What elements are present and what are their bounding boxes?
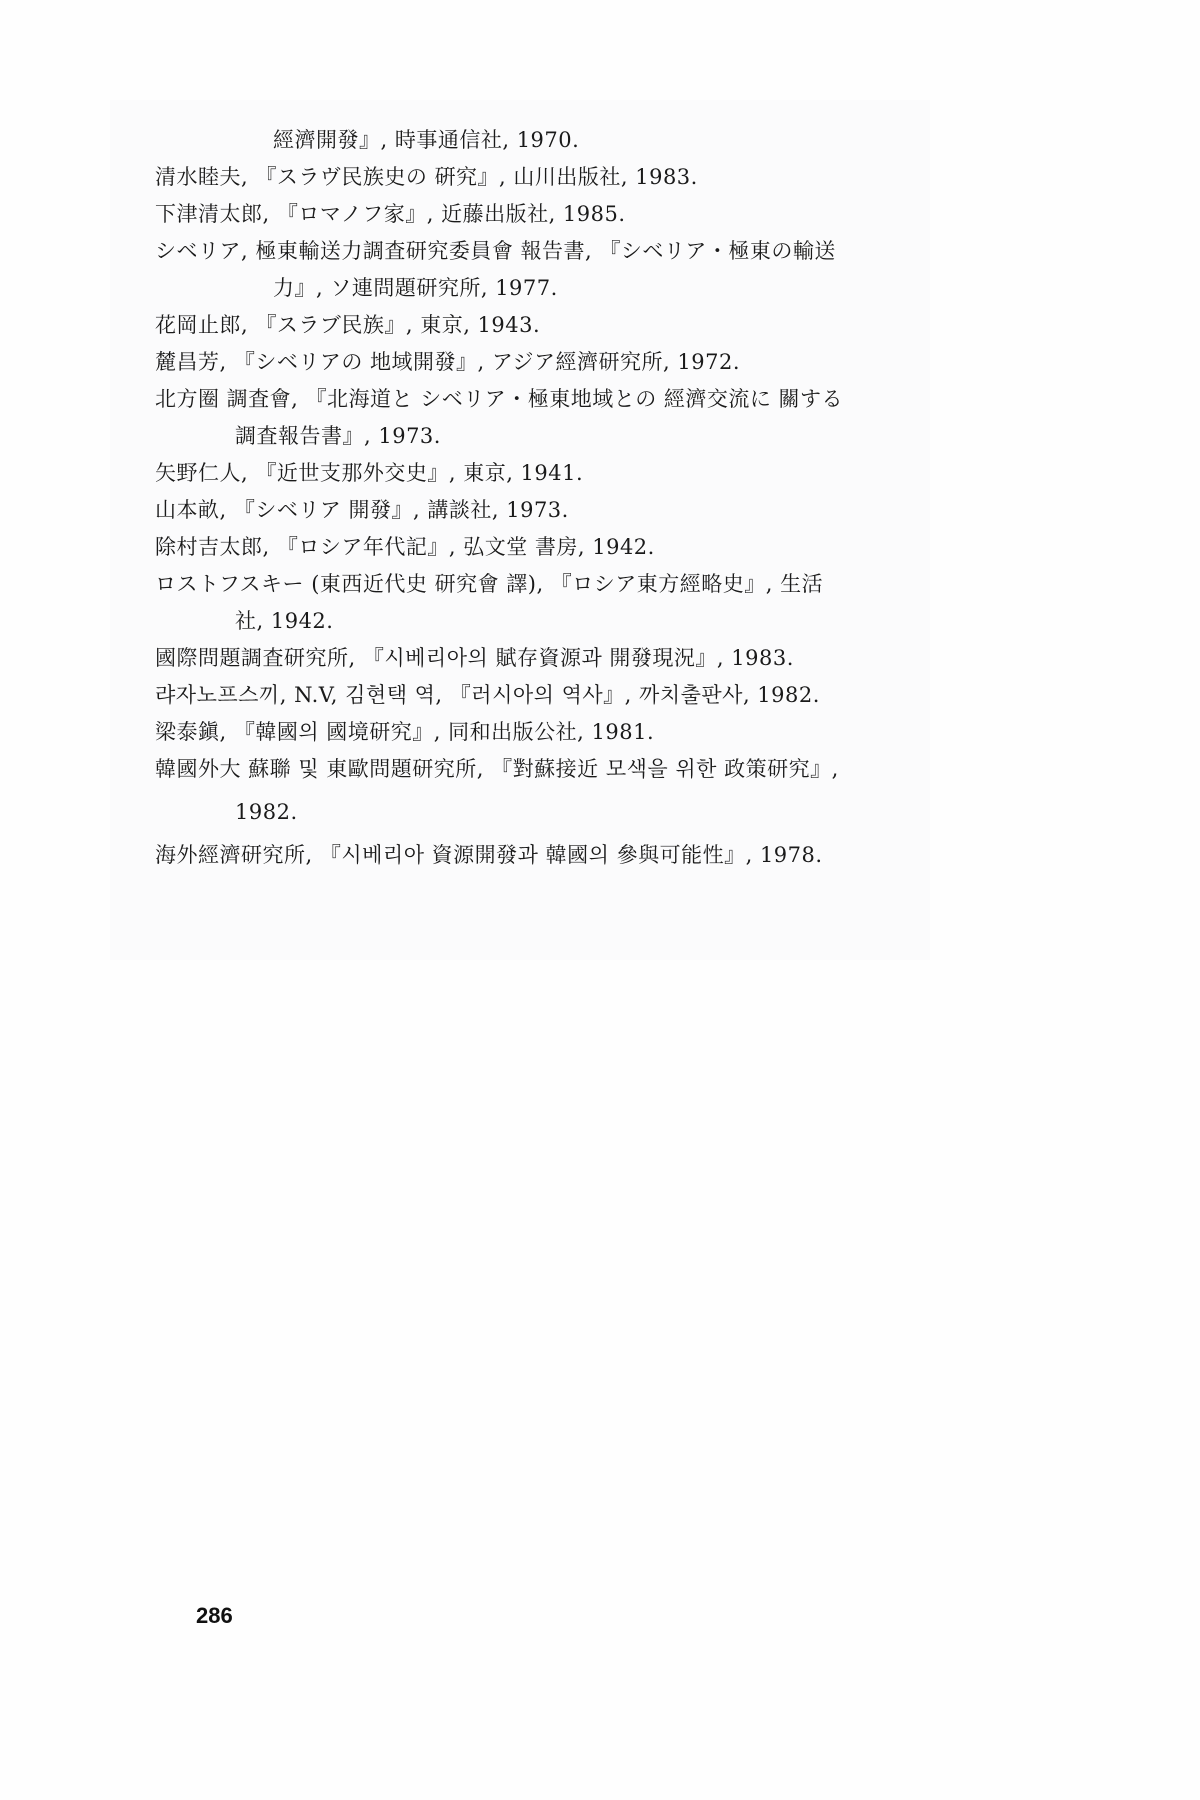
bibliography-entry: 山本畝, 『シベリア 開發』, 講談社, 1973. [155,492,915,529]
bibliography-entry: 除村吉太郎, 『ロシア年代記』, 弘文堂 書房, 1942. [155,529,915,566]
bibliography-entry-continuation: 1982. [155,794,915,831]
bibliography-entry-continuation: 社, 1942. [155,603,915,640]
bibliography-entry: 國際問題調査研究所, 『시베리아의 賦存資源과 開發現況』, 1983. [155,640,915,677]
bibliography-entry: シベリア, 極東輸送力調査研究委員會 報告書, 『シベリア・極東の輸送 [155,233,915,270]
bibliography-entry: 花岡止郎, 『スラブ民族』, 東京, 1943. [155,307,915,344]
document-page: 經濟開發』, 時事通信社, 1970. 清水睦夫, 『スラヴ民族史の 硏究』, … [0,0,1200,1800]
page-number: 286 [196,1603,233,1629]
bibliography-entry: 海外經濟研究所, 『시베리아 資源開發과 韓國의 參與可能性』, 1978. [155,837,915,874]
bibliography-entry: 麓昌芳, 『シベリアの 地域開發』, アジア經濟研究所, 1972. [155,344,915,381]
bibliography-entry: 北方圈 調査會, 『北海道と シベリア・極東地域との 經濟交流に 關する [155,381,915,418]
bibliography-entry-continuation: 經濟開發』, 時事通信社, 1970. [155,122,915,159]
bibliography-entry: 梁泰鎭, 『韓國의 國境研究』, 同和出版公社, 1981. [155,714,915,751]
bibliography-entry-continuation: 調査報告書』, 1973. [155,418,915,455]
bibliography-entry: 랴자노프스끼, N.V, 김현택 역, 『러시아의 역사』, 까치출판사, 19… [155,677,915,714]
bibliography-entry: 清水睦夫, 『スラヴ民族史の 硏究』, 山川出版社, 1983. [155,159,915,196]
bibliography-entry: 矢野仁人, 『近世支那外交史』, 東京, 1941. [155,455,915,492]
bibliography-list: 經濟開發』, 時事通信社, 1970. 清水睦夫, 『スラヴ民族史の 硏究』, … [155,122,915,874]
bibliography-entry-continuation: 力』, ソ連問題研究所, 1977. [155,270,915,307]
bibliography-entry: 韓國外大 蘇聯 및 東歐問題研究所, 『對蘇接近 모색을 위한 政策研究』, [155,751,915,788]
bibliography-entry: 下津清太郎, 『ロマノフ家』, 近藤出版社, 1985. [155,196,915,233]
bibliography-entry: ロストフスキー (東西近代史 研究會 譯), 『ロシア東方經略史』, 生活 [155,566,915,603]
